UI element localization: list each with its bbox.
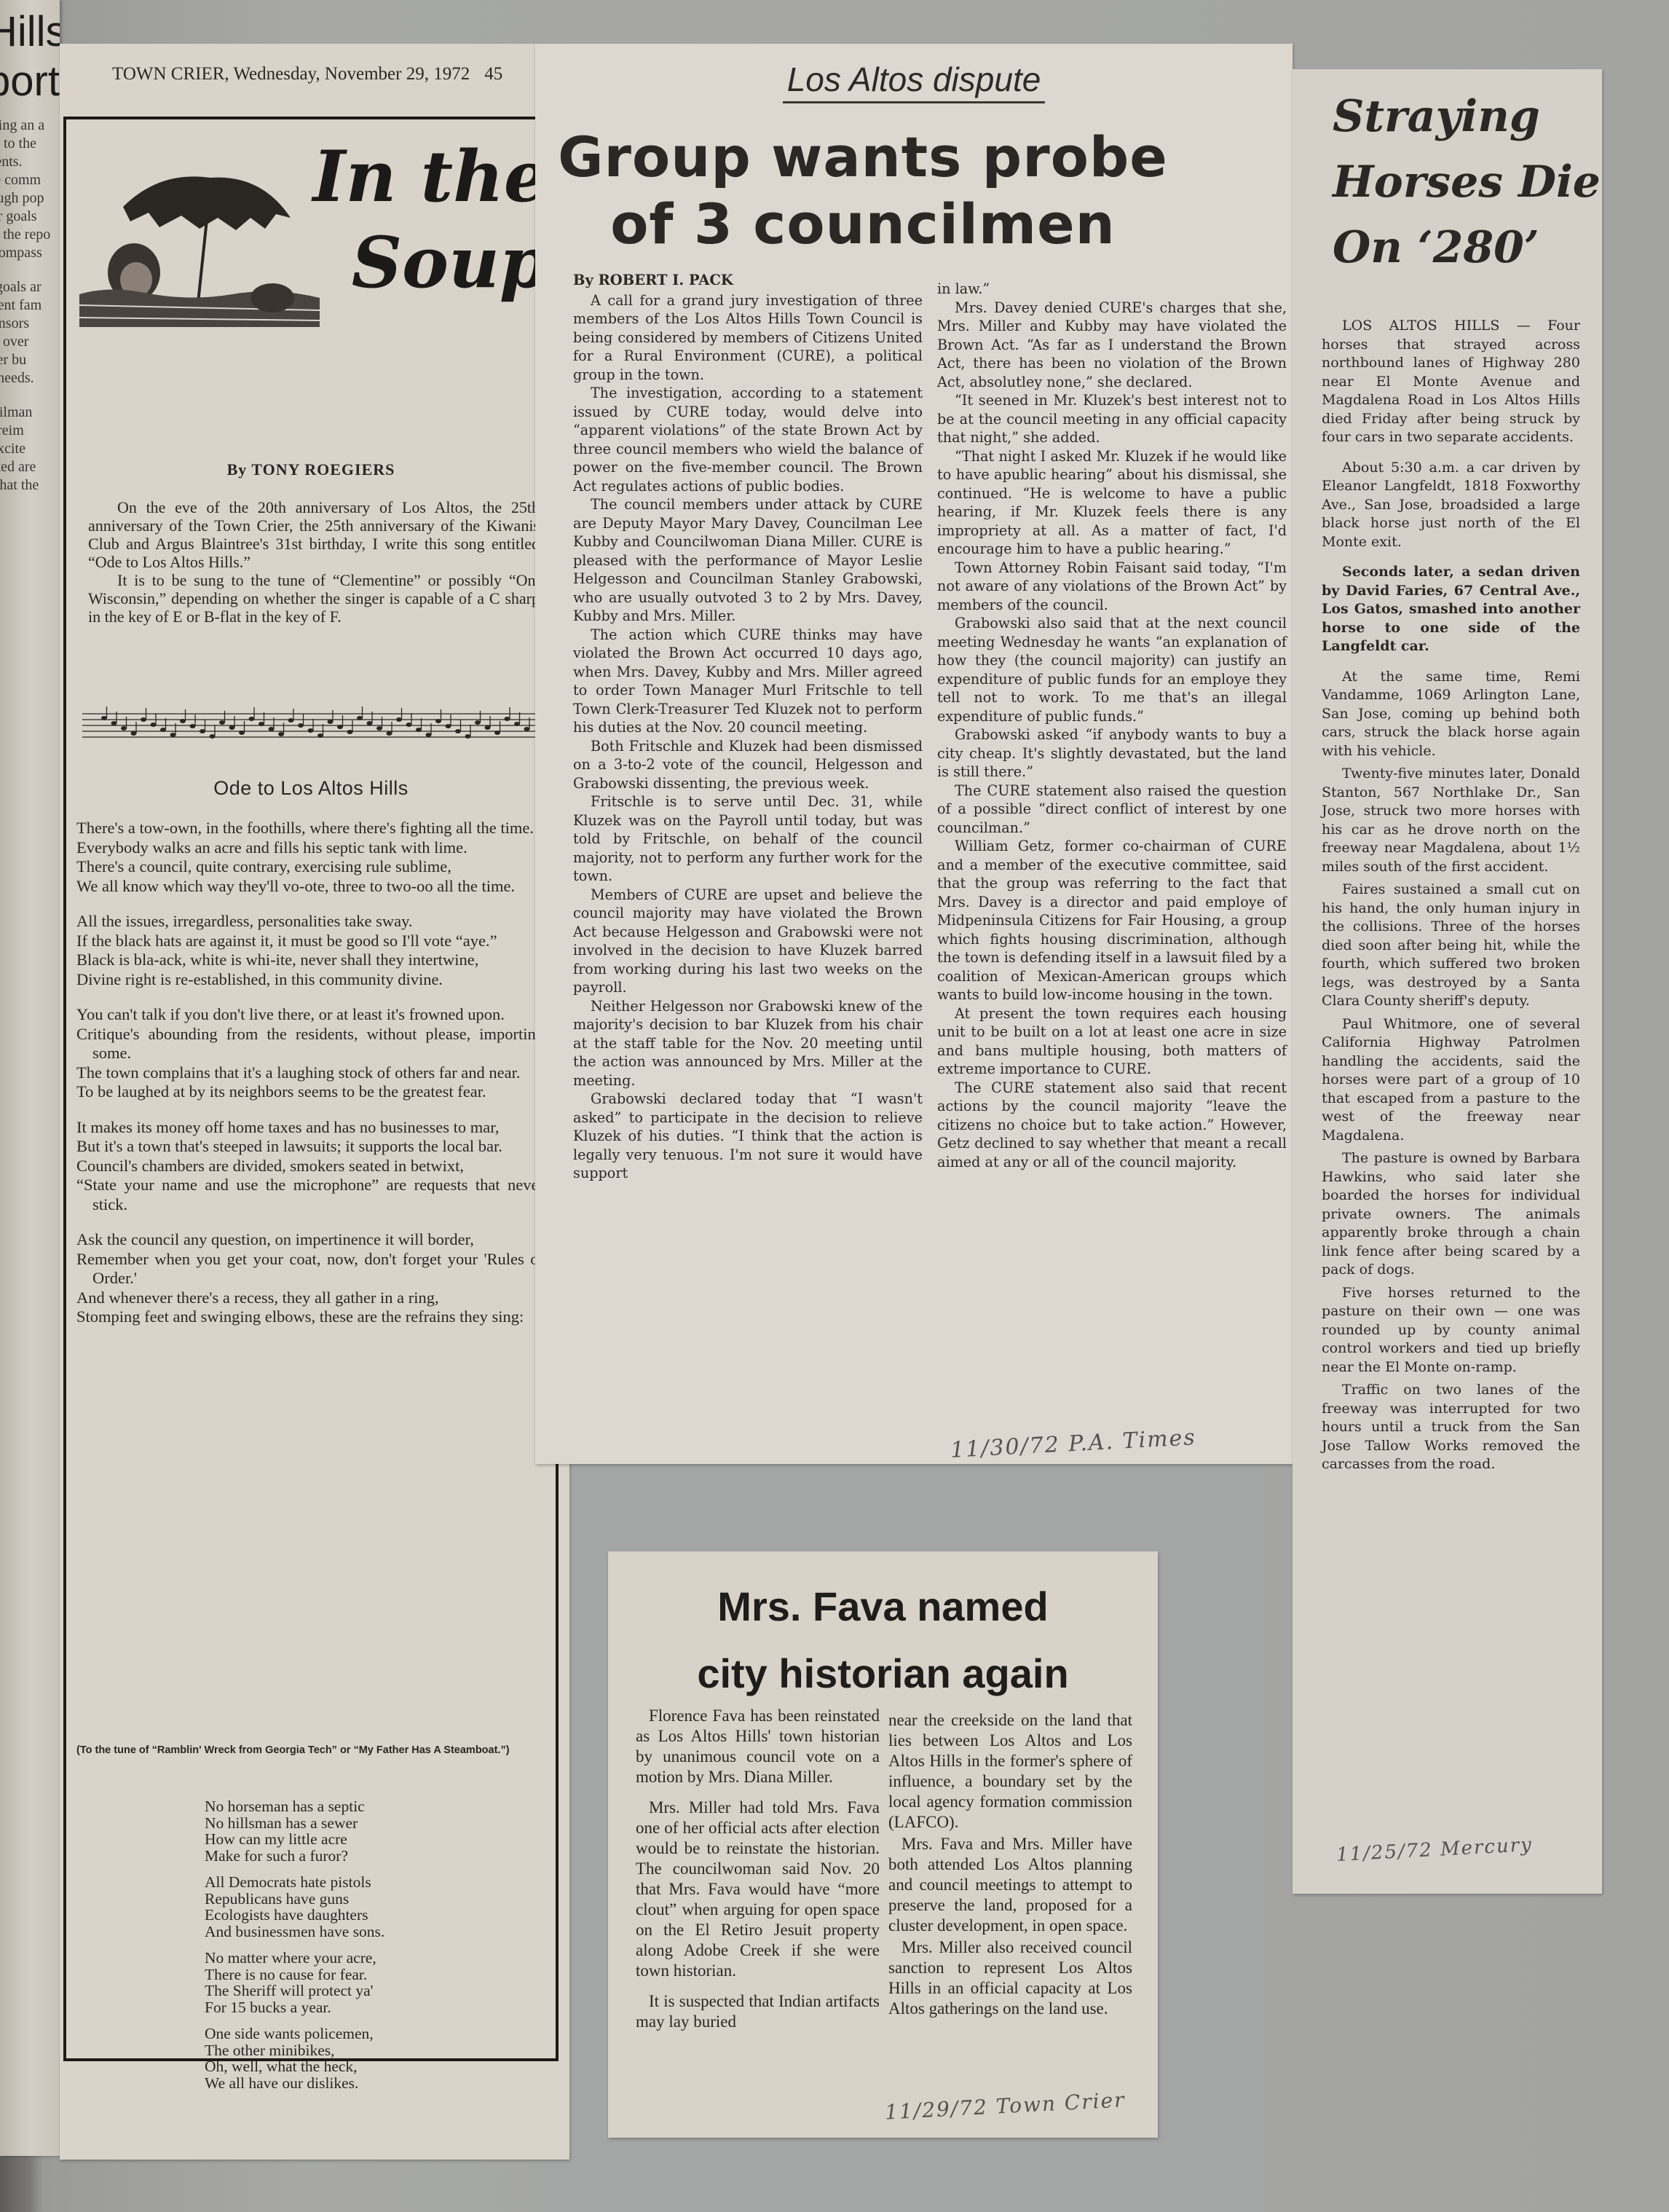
refrain-stanza: No matter where your acre,There is no ca… xyxy=(205,1950,384,2015)
lyric-line: All the issues, irregardless, personalit… xyxy=(76,912,544,932)
lyric-stanza: All the issues, irregardless, personalit… xyxy=(76,912,544,989)
tune-note: (To the tune of “Ramblin' Wreck from Geo… xyxy=(76,1741,540,1760)
article-paragraph: About 5:30 a.m. a car driven by Eleanor … xyxy=(1322,459,1580,552)
refrain-line: The Sheriff will protect ya' xyxy=(205,1983,384,1999)
fragment-line: four goals xyxy=(0,208,60,226)
fragment-line: rt excite xyxy=(0,440,60,458)
article-paragraph: At the same time, Remi Vandamme, 1069 Ar… xyxy=(1322,668,1580,761)
lyric-line: It makes its money off home taxes and ha… xyxy=(76,1118,544,1138)
byline: By ROBERT I. PACK xyxy=(573,271,923,290)
column-box: In the Soup By TONY ROEGIERS On the eve … xyxy=(63,117,559,2061)
article-headline: Group wants probe of 3 councilmen xyxy=(535,124,1191,258)
article-body: LOS ALTOS HILLS — Four horses that stray… xyxy=(1322,317,1580,1479)
article-paragraph: Grabowski asked “if anybody wants to buy… xyxy=(937,725,1287,782)
article-paragraph: Fritschle is to serve until Dec. 31, whi… xyxy=(573,792,923,886)
article-headline: Mrs. Fava named city historian again xyxy=(608,1573,1158,1707)
refrain-line: And businessmen have sons. xyxy=(205,1924,384,1940)
lyric-line: We all know which way they'll vo-ote, th… xyxy=(76,877,544,897)
song-lyrics: There's a tow-own, in the foothills, whe… xyxy=(76,819,544,1343)
article-column-1: By ROBERT I. PACK A call for a grand jur… xyxy=(573,271,923,1183)
lyric-line: There's a council, quite contrary, exerc… xyxy=(76,857,544,877)
lyric-line: Council's chambers are divided, smokers … xyxy=(76,1157,544,1176)
article-paragraph: Seconds later, a sedan driven by David F… xyxy=(1322,563,1580,656)
lyric-stanza: There's a tow-own, in the foothills, whe… xyxy=(76,819,544,896)
song-title: Ode to Los Altos Hills xyxy=(66,777,556,800)
article-paragraph: Paul Whitmore, one of several California… xyxy=(1322,1015,1580,1146)
fragment-line: ficient fam xyxy=(0,296,60,315)
article-paragraph: Both Fritschle and Kluzek had been dismi… xyxy=(573,737,923,793)
article-paragraph: The CURE statement also said that recent… xyxy=(937,1079,1287,1172)
man-under-umbrella-icon xyxy=(79,149,349,338)
kicker-headline: Los Altos dispute xyxy=(535,60,1293,99)
refrain-verses: No horseman has a septicNo hillsman has … xyxy=(205,1798,384,2101)
refrain-line: No matter where your acre, xyxy=(205,1950,384,1967)
refrain-stanza: One side wants policemen,The other minib… xyxy=(205,2026,384,2091)
lyric-line: You can't talk if you don't live there, … xyxy=(76,1005,544,1025)
clipping-in-the-soup: TOWN CRIER, Wednesday, November 29, 1972… xyxy=(60,44,569,2160)
article-paragraph: The action which CURE thinks may have vi… xyxy=(573,626,923,737)
refrain-line: For 15 bucks a year. xyxy=(205,1999,384,2016)
article-paragraph: Faires sustained a small cut on his hand… xyxy=(1322,881,1580,1011)
fragment-line: sponsors xyxy=(0,315,60,333)
article-paragraph: Mrs. Fava and Mrs. Miller have both atte… xyxy=(888,1834,1132,1936)
clipping-mrs-fava: Mrs. Fava named city historian again Flo… xyxy=(608,1551,1158,2138)
article-paragraph: Florence Fava has been reinstated as Los… xyxy=(636,1706,880,1787)
refrain-line: There is no cause for fear. xyxy=(205,1967,384,1983)
fragment-headline: Hills port xyxy=(0,7,60,106)
fragment-line: encompass xyxy=(0,244,60,262)
fragment-line: sidents. xyxy=(0,153,60,171)
refrain-line: One side wants policemen, xyxy=(205,2026,384,2042)
fragment-text-a: ousing an aatio to thesidents.The commth… xyxy=(0,117,60,262)
article-paragraph: Five horses returned to the pasture on t… xyxy=(1322,1284,1580,1377)
column-title: In the Soup xyxy=(313,134,548,306)
article-paragraph: Town Attorney Robin Faisant said today, … xyxy=(937,559,1287,615)
refrain-stanza: All Democrats hate pistolsRepublicans ha… xyxy=(205,1874,384,1940)
article-paragraph: The investigation, according to a statem… xyxy=(573,384,923,495)
article-paragraph: Mrs. Miller had told Mrs. Fava one of he… xyxy=(636,1798,880,1981)
article-paragraph: Traffic on two lanes of the freeway was … xyxy=(1322,1381,1580,1474)
lyric-line: But it's a town that's steeped in lawsui… xyxy=(76,1137,544,1157)
refrain-line: No horseman has a septic xyxy=(205,1798,384,1815)
page-folio: TOWN CRIER, Wednesday, November 29, 1972… xyxy=(112,64,502,84)
article-paragraph: Grabowski declared today that “I wasn't … xyxy=(573,1090,923,1183)
lyric-line: If the black hats are against it, it mus… xyxy=(76,932,544,951)
fragment-line: d Freim xyxy=(0,422,60,440)
refrain-line: Ecologists have daughters xyxy=(205,1907,384,1924)
lyric-line: “State your name and use the microphone”… xyxy=(76,1176,544,1214)
lyric-line: Divine right is re-established, in this … xyxy=(76,970,544,990)
refrain-line: We all have our dislikes. xyxy=(205,2075,384,2092)
lyric-line: There's a tow-own, in the foothills, whe… xyxy=(76,819,544,838)
refrain-line: Make for such a furor? xyxy=(205,1848,384,1865)
lyric-line: To be laughed at by its neighbors seems … xyxy=(76,1082,544,1102)
article-paragraph: Mrs. Miller also received council sancti… xyxy=(888,1937,1132,2019)
article-paragraph: The council members under attack by CURE… xyxy=(573,495,923,626)
clipping-straying-horses: Straying Horses Die On ‘280’ LOS ALTOS H… xyxy=(1293,69,1602,1894)
lyric-line: Ask the council any question, on imperti… xyxy=(76,1230,544,1250)
lyric-line: And whenever there's a recess, they all … xyxy=(76,1288,544,1308)
fragment-text-b: he goals arficient famsponsorsinst overt… xyxy=(0,278,60,387)
article-paragraph: At present the town requires each housin… xyxy=(937,1004,1287,1079)
page-number: 45 xyxy=(484,64,502,84)
article-paragraph: Mrs. Davey denied CURE's charges that sh… xyxy=(937,299,1287,392)
fragment-line: The comm xyxy=(0,171,60,189)
article-paragraph: The CURE statement also raised the quest… xyxy=(937,782,1287,838)
article-paragraph: Members of CURE are upset and believe th… xyxy=(573,886,923,997)
article-paragraph: LOS ALTOS HILLS — Four horses that stray… xyxy=(1322,317,1580,447)
byline: By TONY ROEGIERS xyxy=(66,460,556,479)
folio-text: TOWN CRIER, Wednesday, November 29, 1972 xyxy=(112,64,470,84)
article-paragraph: “That night I asked Mr. Kluzek if he wou… xyxy=(937,447,1287,559)
article-paragraph: A call for a grand jury investigation of… xyxy=(573,291,923,385)
fragment-line: ousing an a xyxy=(0,117,60,135)
lyric-line: Stomping feet and swinging elbows, these… xyxy=(76,1307,544,1327)
fragment-line: ity needs. xyxy=(0,369,60,387)
lyric-line: Everybody walks an acre and fills his se… xyxy=(76,838,544,858)
handwritten-date-note: 11/29/72 Town Crier xyxy=(884,2087,1126,2124)
lyric-line: Remember when you get your coat, now, do… xyxy=(76,1250,544,1288)
article-paragraph: Twenty-five minutes later, Donald Stanto… xyxy=(1322,765,1580,876)
refrain-line: No hillsman has a sewer xyxy=(205,1815,384,1832)
adjacent-page-fragment: Hills port ousing an aatio to thesidents… xyxy=(0,0,60,2156)
article-paragraph: The pasture is owned by Barbara Hawkins,… xyxy=(1322,1149,1580,1280)
refrain-line: All Democrats hate pistols xyxy=(205,1874,384,1891)
refrain-stanza: No horseman has a septicNo hillsman has … xyxy=(205,1798,384,1864)
article-paragraph: in law.” xyxy=(937,280,1287,299)
refrain-line: Oh, well, what the heck, xyxy=(205,2058,384,2075)
lyric-line: Black is bla-ack, white is whi-ite, neve… xyxy=(76,950,544,970)
lyric-line: Critique's abounding from the residents,… xyxy=(76,1025,544,1063)
refrain-line: Republicans have guns xyxy=(205,1891,384,1908)
fragment-line: he goals ar xyxy=(0,278,60,296)
lyric-stanza: Ask the council any question, on imperti… xyxy=(76,1230,544,1327)
refrain-line: How can my little acre xyxy=(205,1831,384,1848)
fragment-line: tailer bu xyxy=(0,351,60,369)
article-paragraph: Neither Helgesson nor Grabowski knew of … xyxy=(573,997,923,1090)
handwritten-date-note: 11/25/72 Mercury xyxy=(1335,1834,1533,1866)
lyric-stanza: You can't talk if you don't live there, … xyxy=(76,1005,544,1102)
article-paragraph: near the creekside on the land that lies… xyxy=(888,1710,1132,1833)
article-paragraph: William Getz, former co-chairman of CURE… xyxy=(937,837,1287,1004)
article-column-2: near the creekside on the land that lies… xyxy=(888,1710,1132,2020)
fragment-text-c: uncilmand Freimrt exciteorated areed tha… xyxy=(0,404,60,495)
sheet-music-icon xyxy=(82,704,541,744)
fragment-line: orated are xyxy=(0,458,60,476)
article-column-1: Florence Fava has been reinstated as Los… xyxy=(636,1706,880,2042)
article-headline: Straying Horses Die On ‘280’ xyxy=(1333,84,1601,280)
fragment-line: ed that the xyxy=(0,476,60,495)
fragment-line: inst over xyxy=(0,333,60,351)
article-paragraph: It is suspected that Indian artifacts ma… xyxy=(636,1991,880,2032)
article-column-2: in law.”Mrs. Davey denied CURE's charges… xyxy=(937,280,1287,1171)
fragment-line: uncilman xyxy=(0,404,60,422)
article-paragraph: Grabowski also said that at the next cou… xyxy=(937,614,1287,725)
fragment-line: atio to the xyxy=(0,135,60,153)
refrain-line: The other minibikes, xyxy=(205,2042,384,2059)
lyric-stanza: It makes its money off home taxes and ha… xyxy=(76,1118,544,1215)
fragment-line: though pop xyxy=(0,189,60,208)
fragment-line: ary, the repo xyxy=(0,226,60,244)
lyric-line: The town complains that it's a laughing … xyxy=(76,1063,544,1083)
intro-text: On the eve of the 20th anniversary of Lo… xyxy=(88,498,540,626)
clipping-group-wants-probe: Los Altos dispute Group wants probe of 3… xyxy=(535,44,1293,1464)
article-paragraph: “It seened in Mr. Kluzek's best interest… xyxy=(937,391,1287,447)
handwritten-date-note: 11/30/72 P.A. Times xyxy=(950,1425,1196,1463)
